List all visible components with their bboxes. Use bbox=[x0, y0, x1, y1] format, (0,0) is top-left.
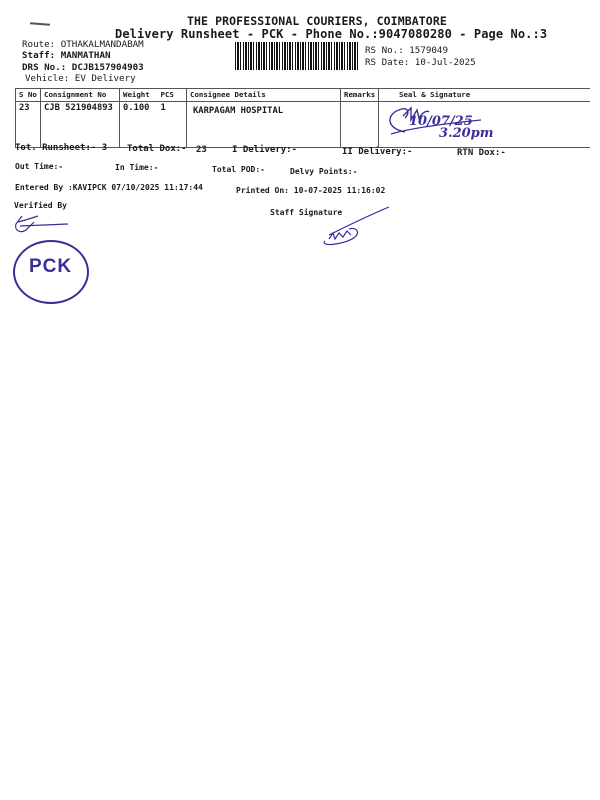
in-time: In Time:- bbox=[115, 163, 158, 172]
entered-by: Entered By :KAVIPCK 07/10/2025 11:17:44 bbox=[15, 183, 203, 192]
company-title: THE PROFESSIONAL COURIERS, COIMBATORE bbox=[187, 14, 447, 28]
runsheet-table: S No Consignment No Weight PCS Consignee… bbox=[15, 88, 590, 148]
printed-on: Printed On: 10-07-2025 11:16:02 bbox=[236, 186, 385, 195]
rtn-dox: RTN Dox:- bbox=[457, 148, 506, 158]
total-dox-value: 23 bbox=[196, 145, 207, 155]
pen-mark bbox=[30, 22, 50, 25]
col-weight: Weight bbox=[120, 89, 158, 102]
handwritten-time: 3.20pm bbox=[439, 126, 494, 141]
ii-delivery: II Delivery:- bbox=[342, 147, 412, 157]
drs-number: DRS No.: DCJB157904903 bbox=[22, 62, 144, 73]
route-label: Route: OTHAKALMANDABAM bbox=[22, 39, 144, 50]
verifier-signature-icon bbox=[12, 210, 72, 240]
barcode bbox=[235, 42, 358, 70]
cell-s-no: 23 bbox=[16, 102, 41, 148]
table-row: 23 CJB 521904893 0.100 1 KARPAGAM HOSPIT… bbox=[16, 102, 590, 148]
cell-remarks bbox=[341, 102, 379, 148]
delvy-points: Delvy Points:- bbox=[290, 167, 357, 176]
col-remarks: Remarks bbox=[341, 89, 379, 102]
stamp-text: PCK bbox=[29, 256, 72, 278]
out-time: Out Time:- bbox=[15, 162, 63, 171]
cell-seal-signature: 10/07/25 3.20pm bbox=[379, 102, 590, 148]
rs-date: RS Date: 10-Jul-2025 bbox=[365, 57, 476, 68]
cell-consignment-no: CJB 521904893 bbox=[41, 102, 120, 148]
col-s-no: S No bbox=[16, 89, 41, 102]
col-pcs: PCS bbox=[158, 89, 187, 102]
col-consignee-details: Consignee Details bbox=[187, 89, 341, 102]
staff-label: Staff: MANMATHAN bbox=[22, 50, 111, 61]
staff-signature-icon bbox=[315, 205, 395, 250]
rs-number: RS No.: 1579049 bbox=[365, 45, 448, 56]
col-consignment-no: Consignment No bbox=[41, 89, 120, 102]
tot-runsheet: Tot. Runsheet:- 3 bbox=[15, 143, 107, 153]
cell-consignee: KARPAGAM HOSPITAL bbox=[187, 102, 341, 148]
cell-weight: 0.100 bbox=[120, 102, 158, 148]
runsheet-subtitle: Delivery Runsheet - PCK - Phone No.:9047… bbox=[115, 27, 547, 41]
cell-pcs: 1 bbox=[158, 102, 187, 148]
verified-by: Verified By bbox=[14, 201, 67, 210]
vehicle-label: Vehicle: EV Delivery bbox=[25, 73, 136, 84]
total-dox-label: Total Dox:- bbox=[127, 144, 187, 154]
i-delivery: I Delivery:- bbox=[232, 145, 297, 155]
total-pod: Total POD:- bbox=[212, 165, 265, 174]
